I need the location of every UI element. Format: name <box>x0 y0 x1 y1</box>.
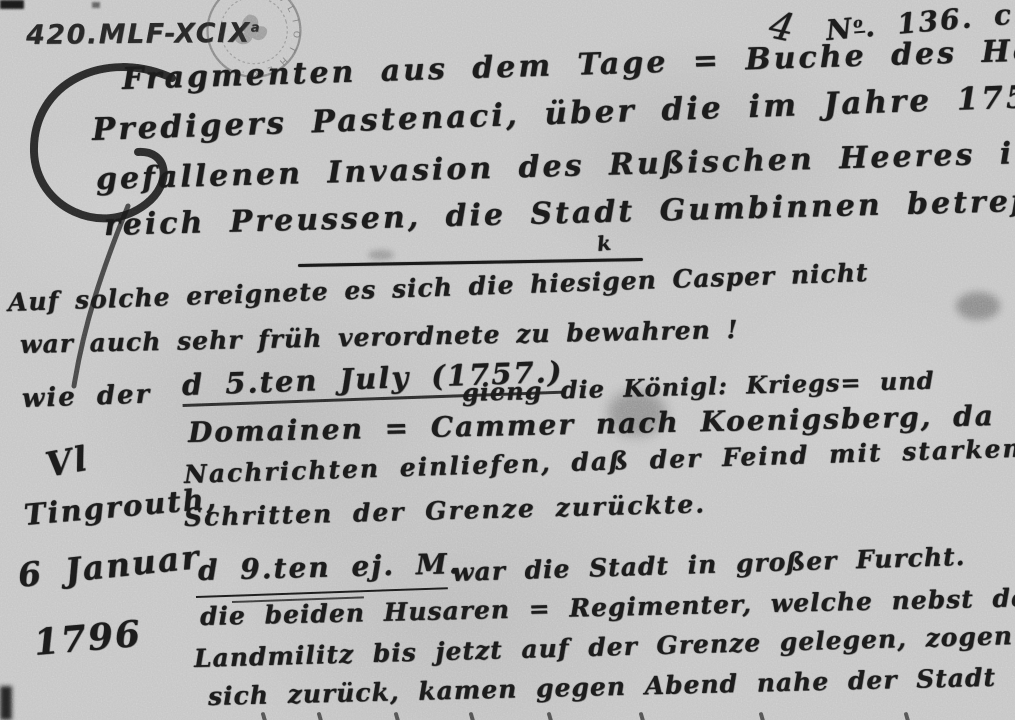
margin-note-date: 6 Januar <box>16 537 202 595</box>
paragraph2-date: d 9.ten ej. M. <box>198 547 461 587</box>
stamp-emblem <box>230 11 269 47</box>
paragraph1-line6: Schritten der Grenze zurückte. <box>184 489 707 532</box>
edge-smudge <box>0 686 12 720</box>
title-underline-rule <box>298 258 643 267</box>
edge-smudge <box>0 0 24 9</box>
manuscript-page: 420.MLF-XCIXa · B I B L I O T H E K · 4 … <box>0 0 1015 720</box>
margin-note-paraph: Vl <box>43 439 93 486</box>
paragraph1-line3-lead: wie der <box>21 379 151 413</box>
ink-smudge <box>368 250 394 260</box>
divider-mark: k <box>596 230 614 256</box>
margin-note-year: 1796 <box>32 613 143 664</box>
edge-smudge <box>92 2 100 8</box>
ink-smudge <box>956 292 1000 320</box>
paragraph2-line1-rest: war die Stadt in großer Furcht. <box>452 542 966 587</box>
